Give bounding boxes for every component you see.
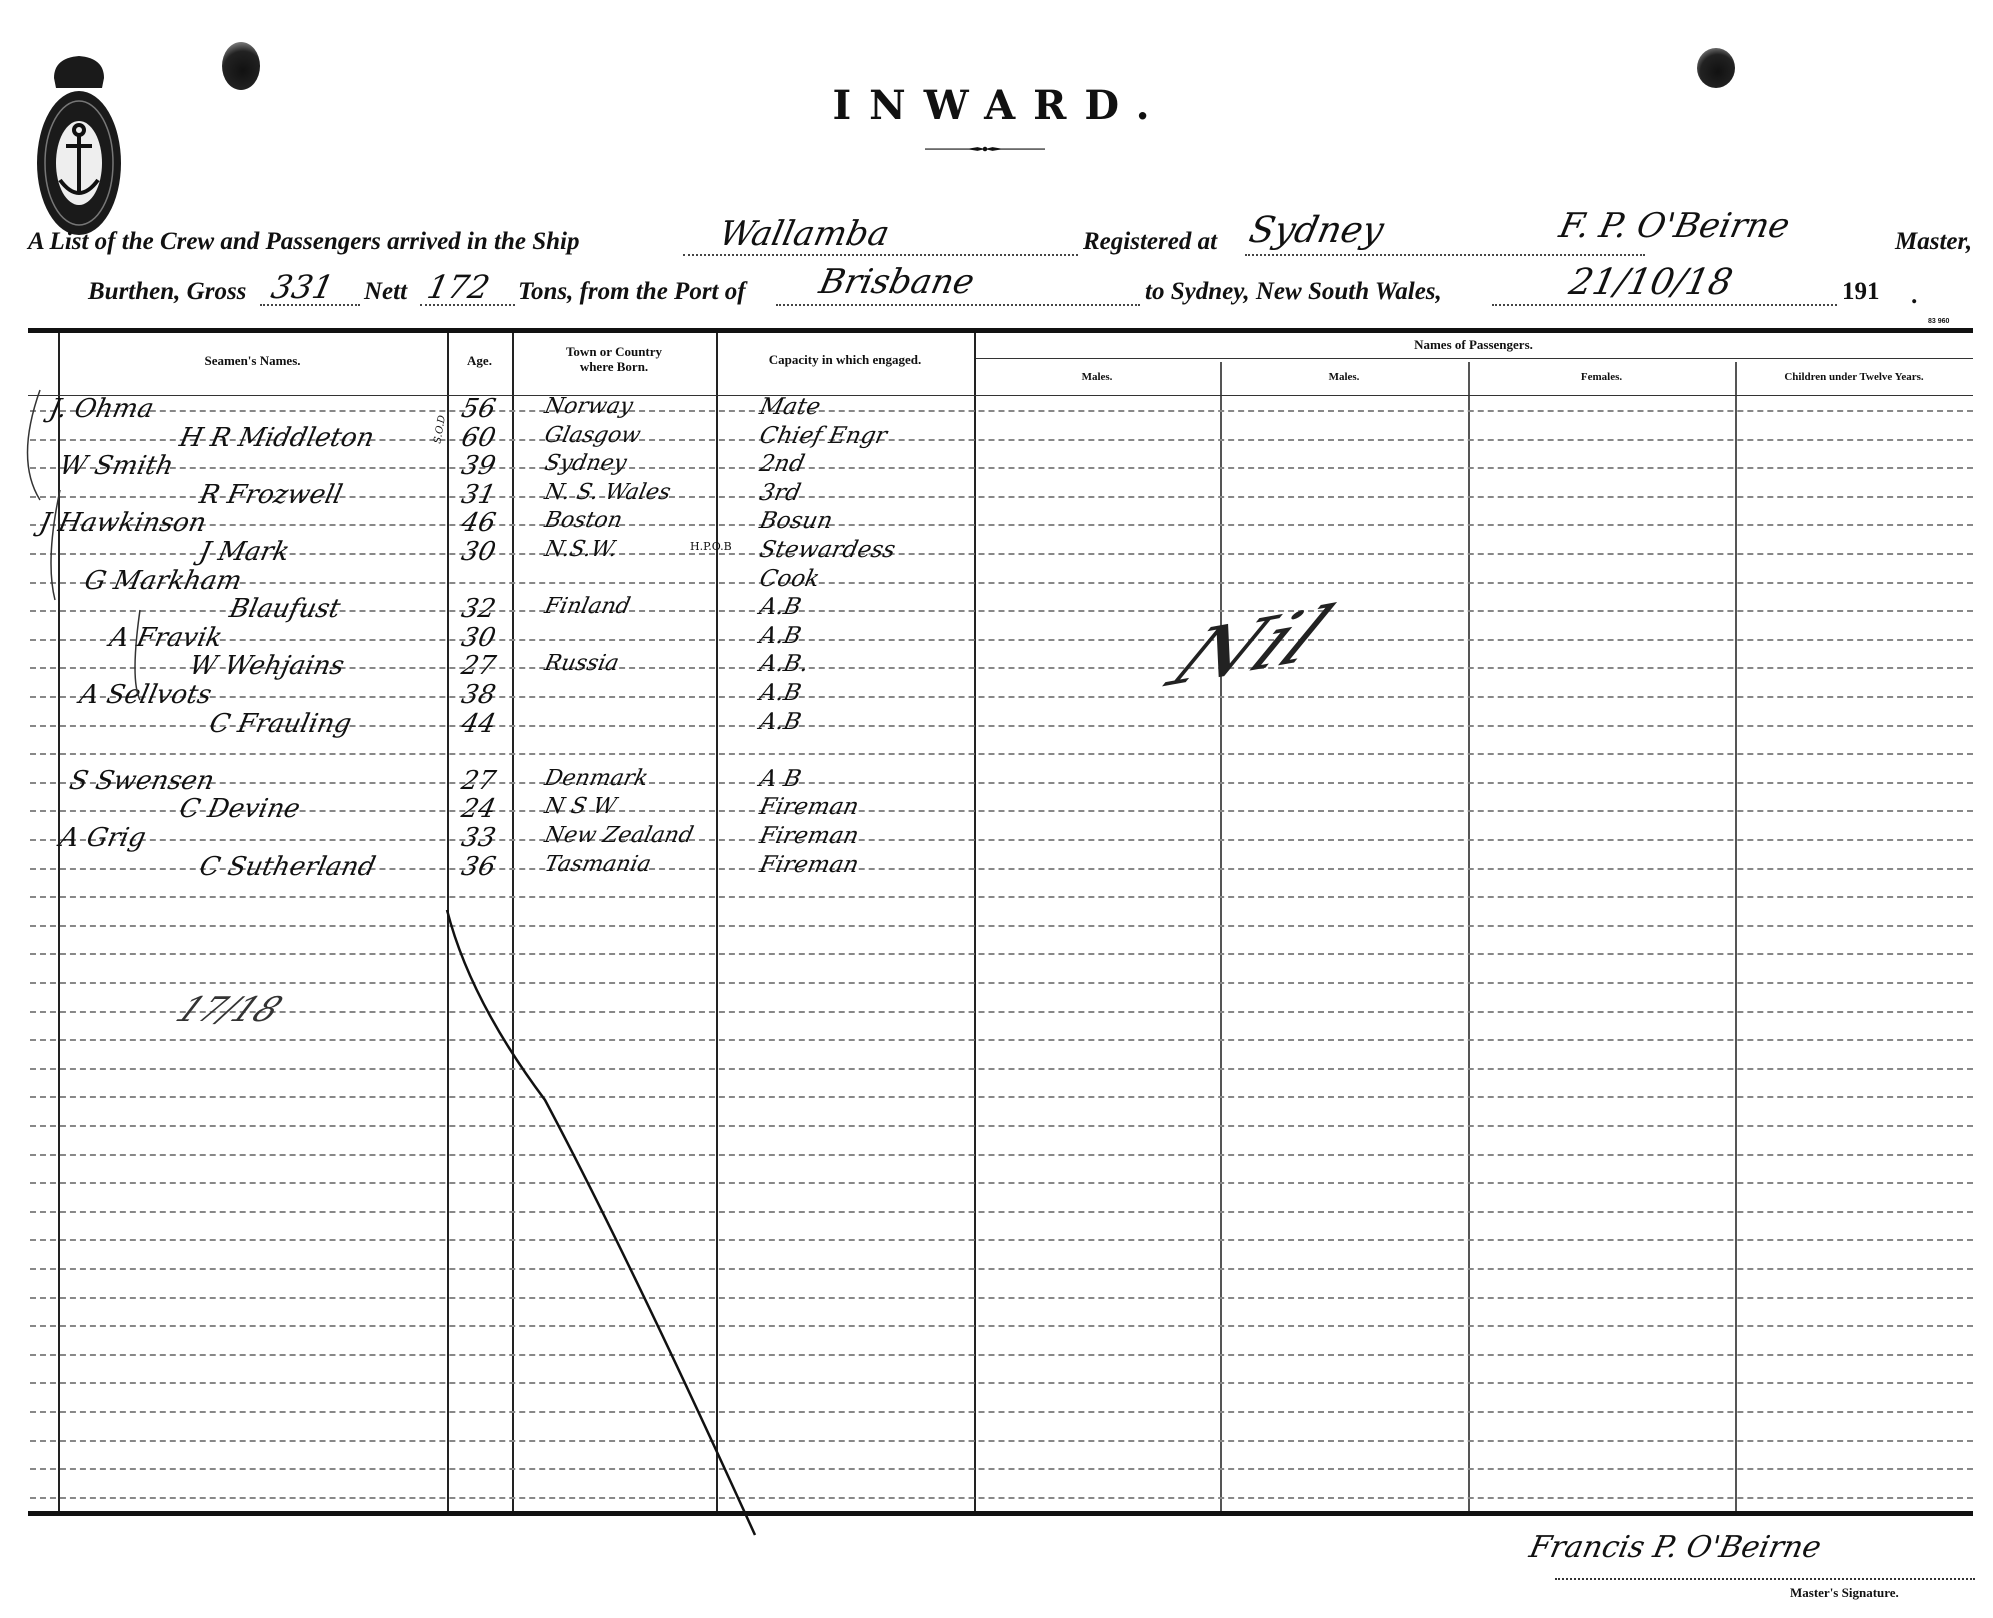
signature-label: Master's Signature.: [1790, 1585, 1899, 1601]
signature-line: [1555, 1578, 1975, 1580]
table-bottom-rule: [28, 1511, 1973, 1516]
master-signature: Francis P. O'Beirne: [1526, 1530, 1824, 1565]
strike-through-line: [0, 0, 1993, 1618]
